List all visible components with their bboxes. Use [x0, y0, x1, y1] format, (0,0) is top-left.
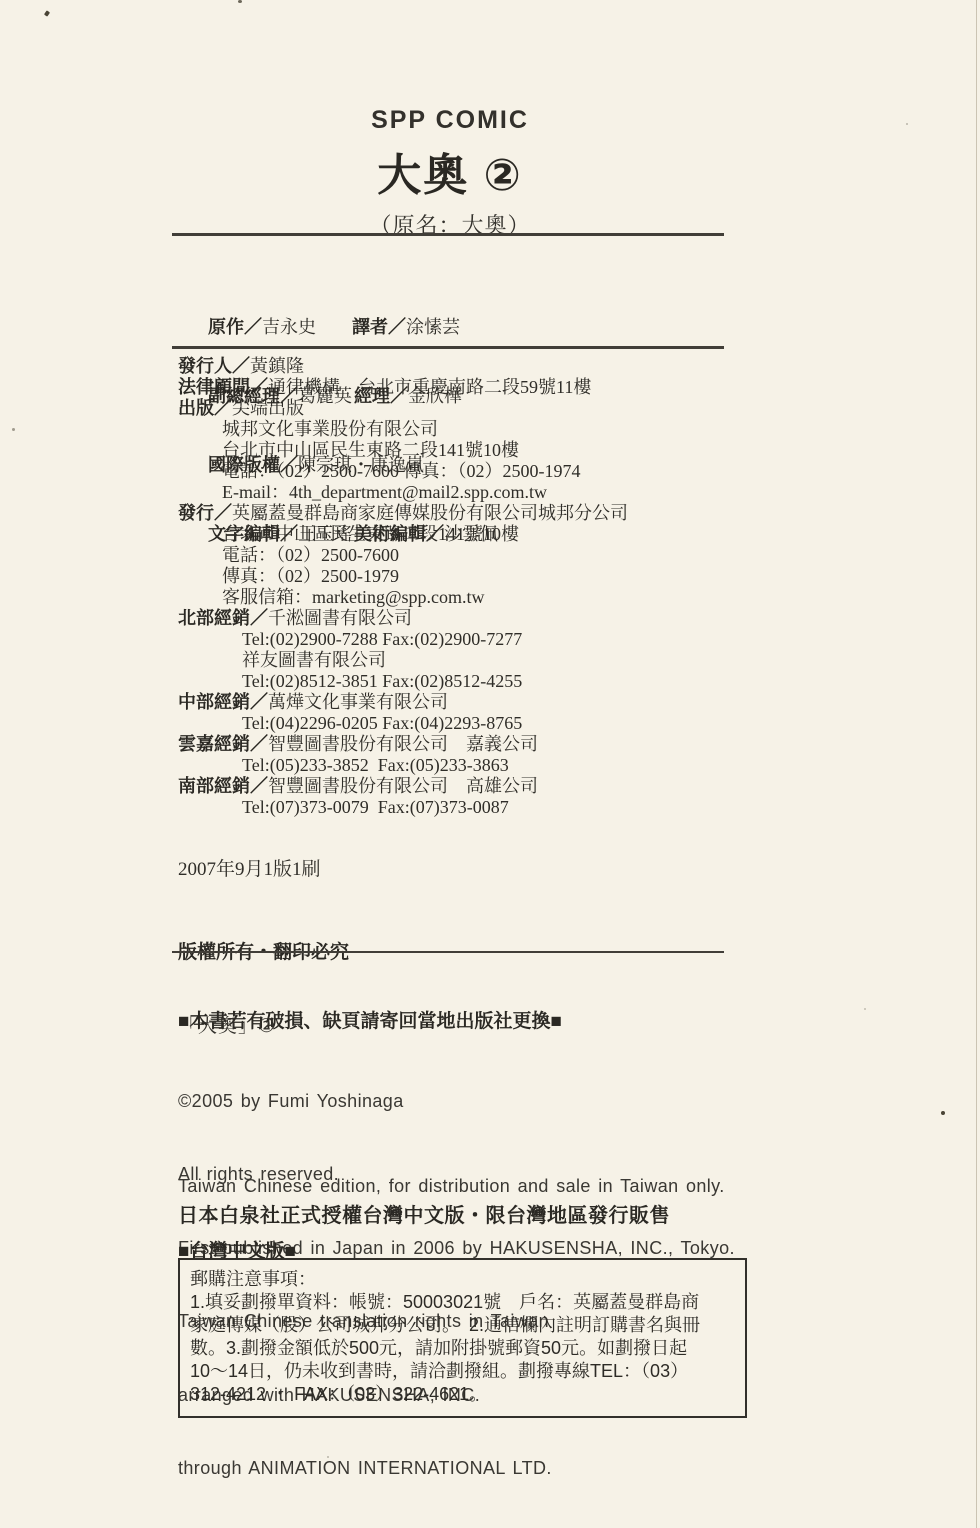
- title-block: SPP COMIC 大奧 ② （原名：大奧）: [150, 106, 750, 240]
- scan-speck: [238, 0, 242, 3]
- pub-label: 發行／: [178, 503, 232, 523]
- publisher-line: 出版／尖端出版: [178, 398, 628, 419]
- pub-label: 發行人／: [178, 356, 250, 376]
- scan-speck: [12, 428, 15, 431]
- pub-label: 雲嘉經銷／: [178, 734, 268, 754]
- edition-date: 2007年9月1版1刷: [178, 854, 321, 881]
- publisher-line: Tel:(05)233-3852 Fax:(05)233-3863: [178, 755, 628, 776]
- publisher-line: 傳真：（02）2500-1979: [178, 566, 628, 587]
- publisher-line: 城邦文化事業股份有限公司: [178, 419, 628, 440]
- copyright-line: through ANIMATION INTERNATIONAL LTD.: [178, 1456, 735, 1481]
- scan-speck: [864, 1008, 866, 1010]
- pub-label: 南部經銷／: [178, 776, 268, 796]
- pub-label: 出版／: [178, 398, 232, 418]
- distribution-note-en: Taiwan Chinese edition, for distribution…: [178, 1176, 725, 1197]
- publisher-line: 北部經銷／千淞圖書有限公司: [178, 608, 628, 629]
- publisher-line: 台北市中山區民生東路二段141號10樓: [178, 524, 628, 545]
- pub-label: 中部經銷／: [178, 692, 268, 712]
- work-title: 「大奧」②: [178, 1015, 735, 1040]
- distribution-note-zh: 日本白泉社正式授權台灣中文版・限台灣地區發行販售: [178, 1199, 670, 1228]
- scan-speck: [941, 1111, 945, 1115]
- imprint-label: SPP COMIC: [150, 106, 750, 135]
- publisher-line: Tel:(07)373-0079 Fax:(07)373-0087: [178, 797, 628, 818]
- publisher-line: 雲嘉經銷／智豐圖書股份有限公司 嘉義公司: [178, 734, 628, 755]
- divider-top: [172, 233, 724, 236]
- publisher-line: 南部經銷／智豐圖書股份有限公司 高雄公司: [178, 776, 628, 797]
- mail-order-line: 312-4212 ・ FAX：（03）322-4621。: [190, 1383, 735, 1406]
- publisher-line: Tel:(02)8512-3851 Fax:(02)8512-4255: [178, 671, 628, 692]
- publisher-line: 發行／英屬蓋曼群島商家庭傳媒股份有限公司城邦分公司: [178, 503, 628, 524]
- mail-order-line: 郵購注意事項：: [190, 1268, 735, 1291]
- publisher-line: E-mail：4th_department@mail2.spp.com.tw: [178, 482, 628, 503]
- publisher-line: 電話：（02）2500-7600 傳真：（02）2500-1974: [178, 461, 628, 482]
- credit-label: 譯者／: [352, 317, 406, 337]
- mail-order-line: 家庭傳媒（股）公司城邦分公司。 2.通信欄內註明訂購書名與冊: [190, 1314, 735, 1337]
- scan-speck: [44, 10, 50, 16]
- publisher-block: 發行人／黃鎮隆 法律顧問／通律機構 台北市重慶南路二段59號11樓 出版／尖端出…: [178, 356, 628, 818]
- book-title: 大奧 ②: [150, 139, 750, 203]
- credit-name: 吉永史: [262, 317, 316, 337]
- publisher-line: 客服信箱：marketing@spp.com.tw: [178, 587, 628, 608]
- pub-label: 法律顧問／: [178, 377, 268, 397]
- publisher-line: Tel:(02)2900-7288 Fax:(02)2900-7277: [178, 629, 628, 650]
- mail-order-line: 數。3.劃撥金額低於500元，請加附掛號郵資50元。如劃撥日起: [190, 1337, 735, 1360]
- publisher-line: 台北市中山區民生東路二段141號10樓: [178, 440, 628, 461]
- publisher-line: 中部經銷／萬燁文化事業有限公司: [178, 692, 628, 713]
- mail-order-line: 1.填妥劃撥單資料：帳號：50003021號 戶名：英屬蓋曼群島商: [190, 1291, 735, 1314]
- publisher-line: 發行人／黃鎮隆: [178, 356, 628, 377]
- mail-order-box: 郵購注意事項： 1.填妥劃撥單資料：帳號：50003021號 戶名：英屬蓋曼群島…: [178, 1258, 747, 1418]
- credit-row: 原作／吉永史譯者／涂愫芸: [178, 293, 498, 316]
- divider-credits: [172, 346, 724, 349]
- publisher-line: Tel:(04)2296-0205 Fax:(04)2293-8765: [178, 713, 628, 734]
- mail-order-line: 10～14日，仍未收到書時，請洽劃撥組。劃撥專線TEL：（03）: [190, 1360, 735, 1383]
- credit-label: 原作／: [208, 317, 262, 337]
- publisher-line: 法律顧問／通律機構 台北市重慶南路二段59號11樓: [178, 377, 628, 398]
- scan-speck: [906, 123, 908, 125]
- pub-label: 北部經銷／: [178, 608, 268, 628]
- colophon-page: SPP COMIC 大奧 ② （原名：大奧） 原作／吉永史譯者／涂愫芸 副總經理…: [0, 0, 980, 1528]
- divider-mid: [172, 951, 724, 953]
- copyright-line: ©2005 by Fumi Yoshinaga: [178, 1089, 735, 1114]
- publisher-line: 祥友圖書有限公司: [178, 650, 628, 671]
- scan-edge-line: [976, 0, 977, 1528]
- publisher-line: 電話：（02）2500-7600: [178, 545, 628, 566]
- credit-name: 涂愫芸: [406, 317, 460, 337]
